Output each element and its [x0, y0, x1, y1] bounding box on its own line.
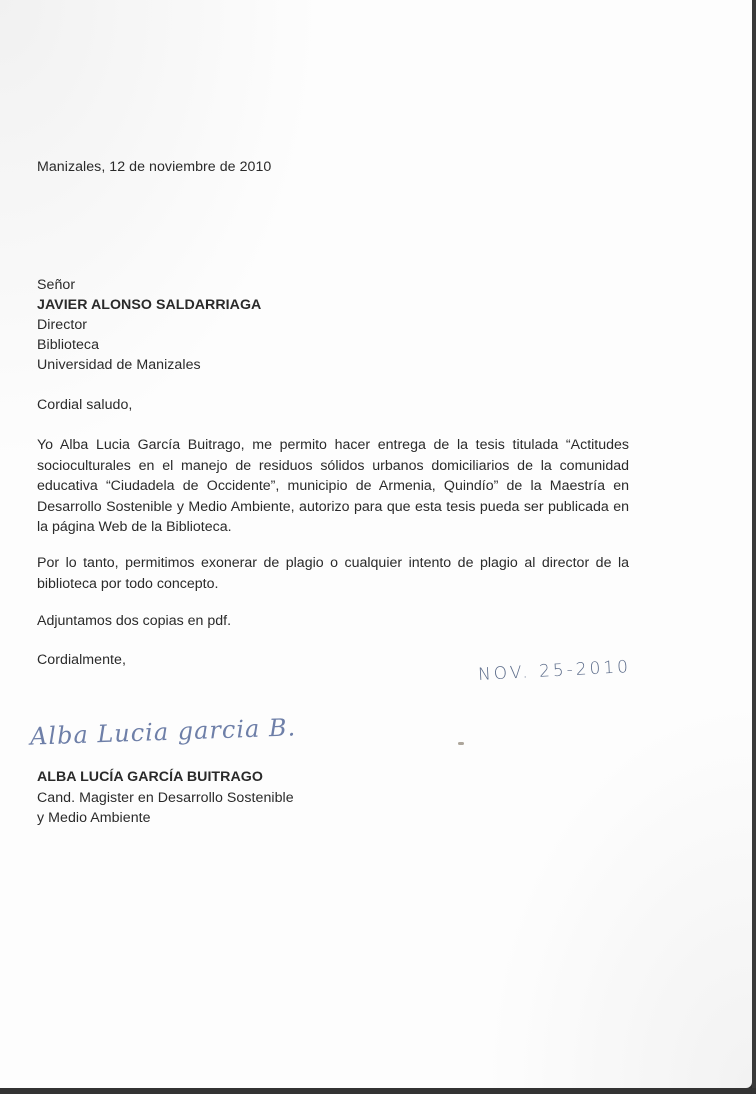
greeting: Cordial saludo, [37, 397, 132, 413]
sender-name: ALBA LUCÍA GARCÍA BUITRAGO [37, 769, 263, 785]
place-date: Manizales, 12 de noviembre de 2010 [37, 159, 271, 175]
scan-speck [458, 742, 464, 745]
scan-edge-bottom [0, 1088, 756, 1094]
handwritten-signature: Alba Lucia garcia B. [30, 713, 297, 750]
closing: Cordialmente, [37, 652, 126, 668]
handwritten-receipt-date: NOV. 25-2010 [478, 657, 632, 685]
body-paragraph-plagiarism: Por lo tanto, permitimos exonerar de pla… [37, 553, 629, 594]
recipient-department: Biblioteca [37, 337, 99, 353]
recipient-salutation-title: Señor [37, 277, 75, 293]
scan-edge-right [752, 0, 756, 1094]
body-paragraph-thesis: Yo Alba Lucia García Buitrago, me permit… [37, 435, 629, 538]
sender-title-line2: y Medio Ambiente [37, 810, 151, 826]
letter-page: Manizales, 12 de noviembre de 2010 Señor… [0, 0, 752, 1088]
sender-title-line1: Cand. Magister en Desarrollo Sostenible [37, 790, 294, 806]
body-paragraph-attachments: Adjuntamos dos copias en pdf. [37, 611, 629, 632]
recipient-institution: Universidad de Manizales [37, 357, 201, 373]
recipient-position: Director [37, 317, 87, 333]
recipient-name: JAVIER ALONSO SALDARRIAGA [37, 297, 261, 313]
